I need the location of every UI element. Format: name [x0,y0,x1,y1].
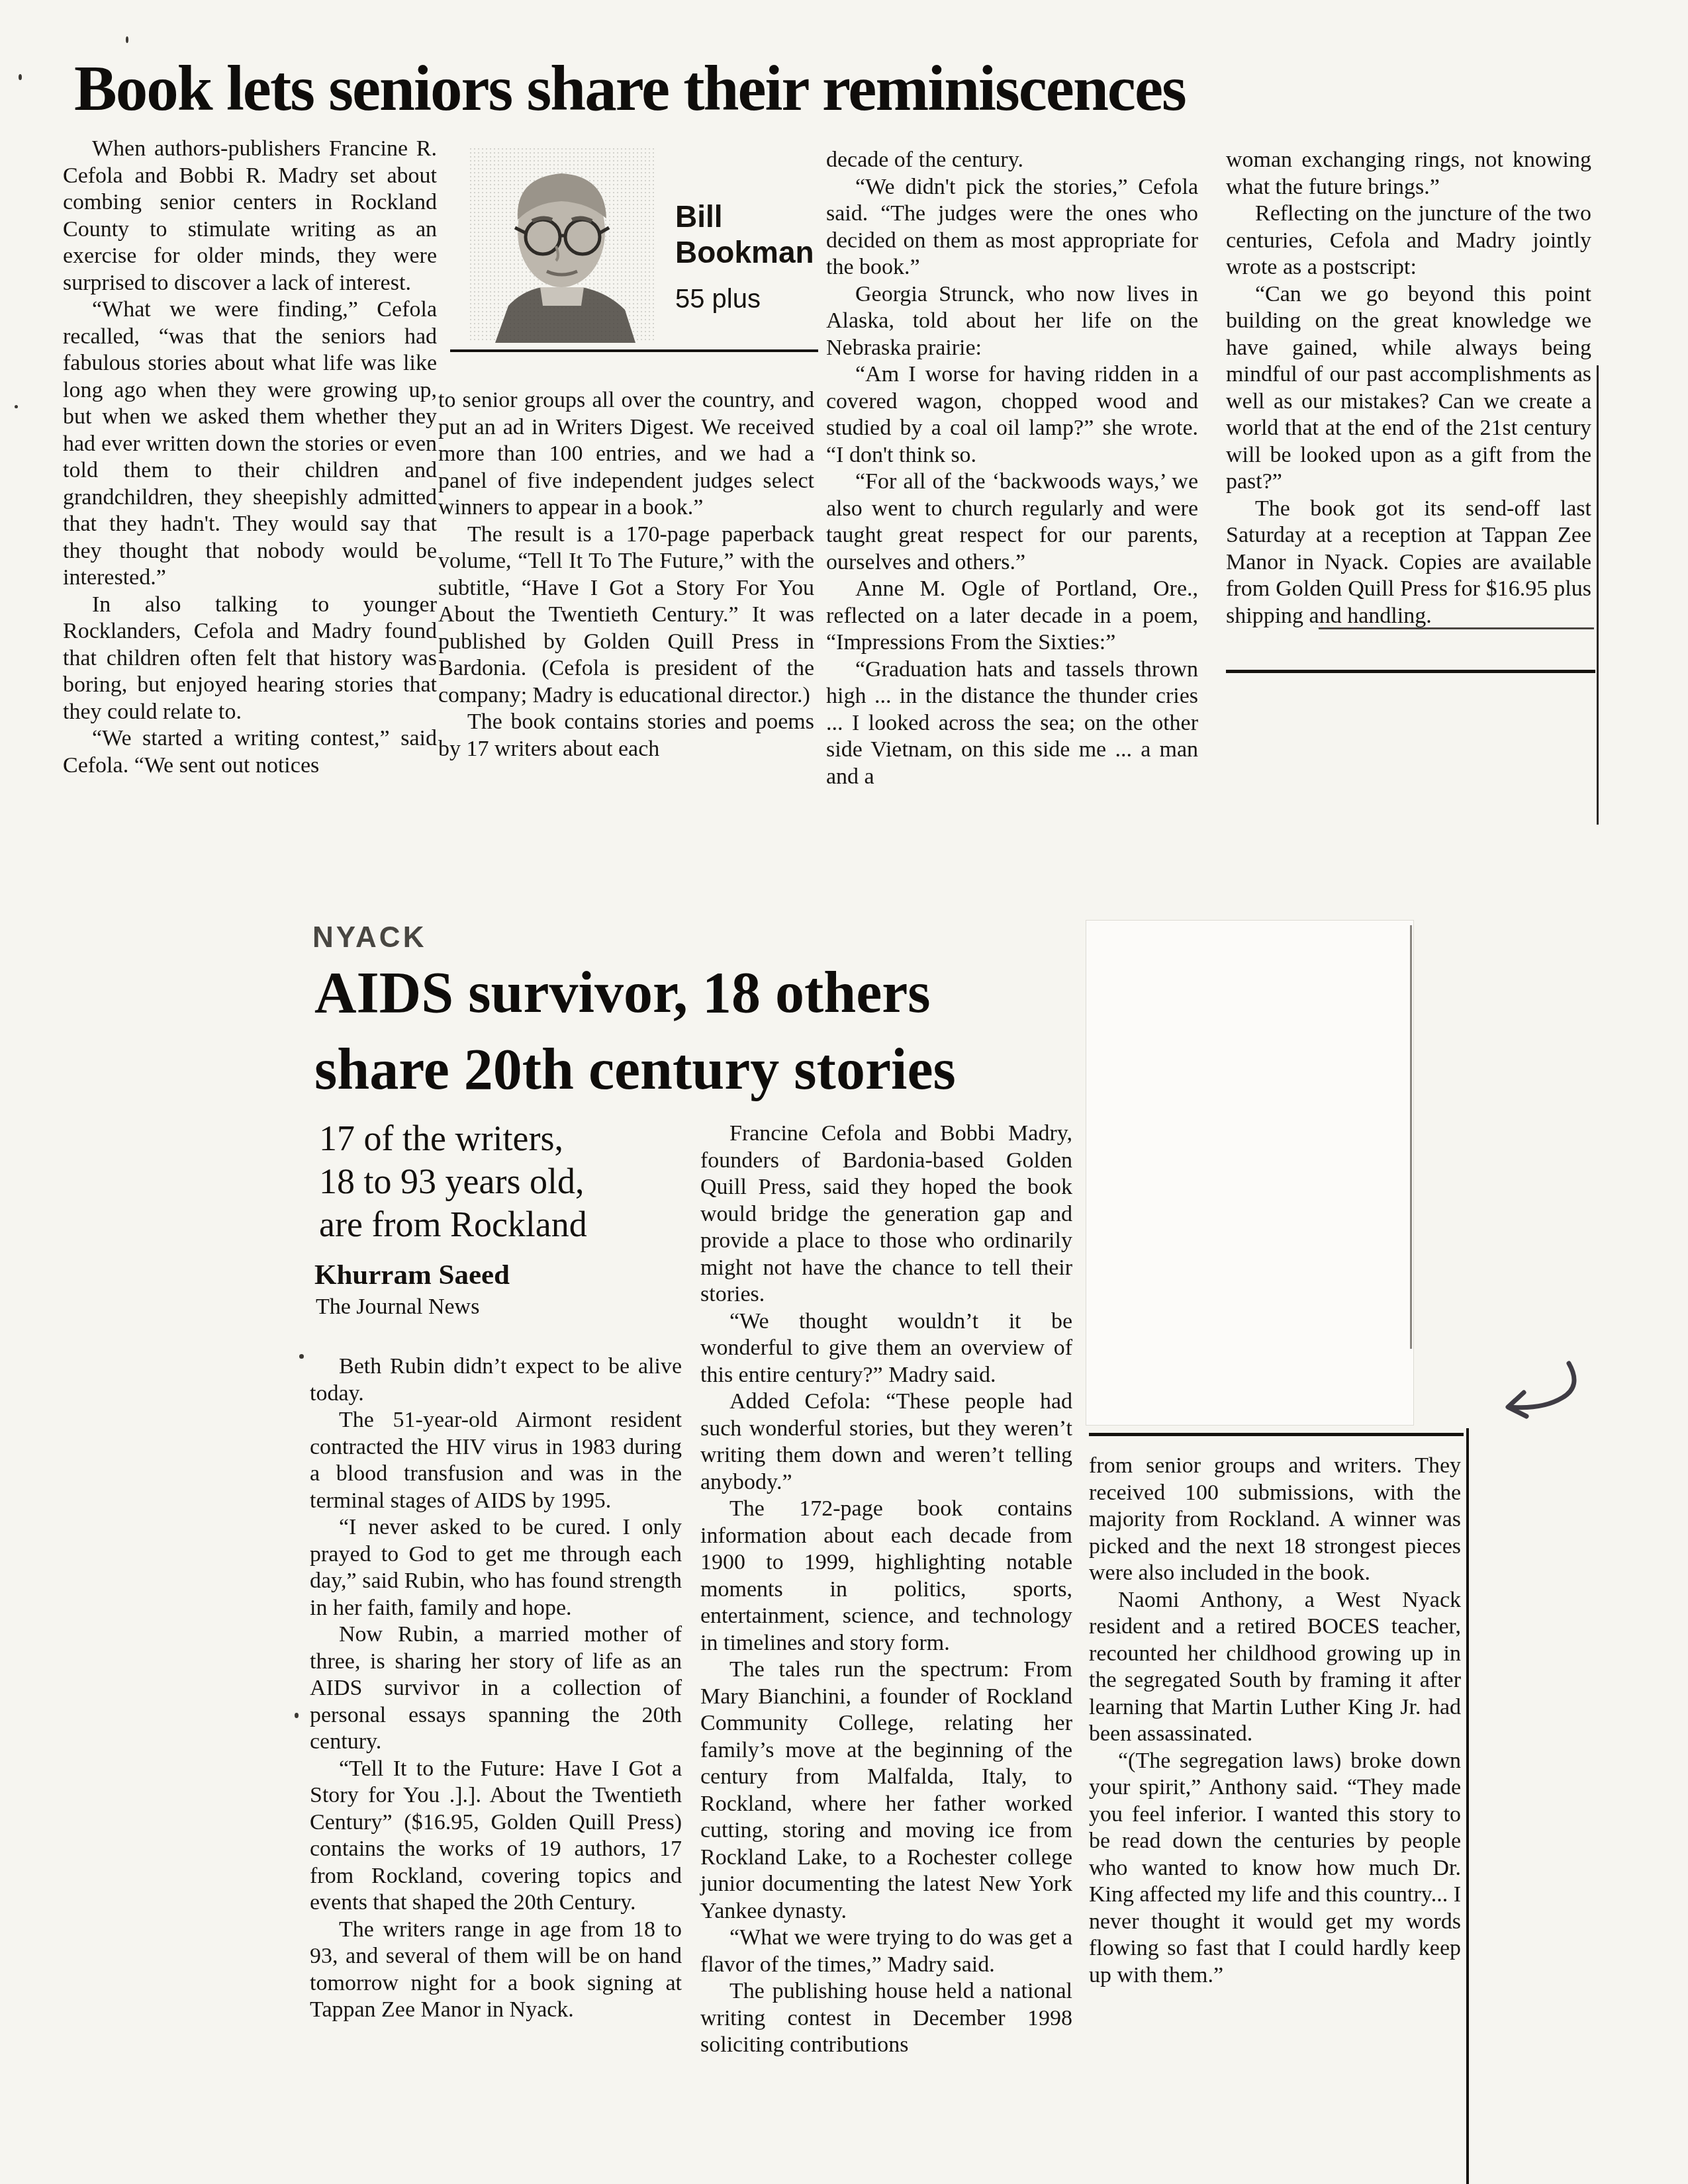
article2-column3-top-rule [1089,1433,1464,1436]
article1-column-4: woman exchanging rings, not knowing what… [1226,147,1591,629]
body-paragraph: “Tell It to the Future: Have I Got a Sto… [310,1756,682,1917]
article1-bottom-rule [1226,670,1595,673]
photo-cutout-right-edge [1410,925,1412,1349]
columnist-name: Bill Bookman [675,199,827,270]
byline: Khurram Saeed [314,1259,510,1291]
body-paragraph: woman exchanging rings, not knowing what… [1226,147,1591,201]
article2-headline-line2: share 20th century stories [314,1032,1069,1109]
kicker-nyack: NYACK [312,921,426,954]
body-paragraph: “What we were finding,” Cefola recalled,… [63,296,437,592]
body-paragraph: Reflecting on the juncture of the two ce… [1226,201,1591,281]
body-paragraph: “We didn't pick the stories,” Cefola sai… [826,174,1198,281]
article1-headline: Book lets seniors share their reminiscen… [74,52,1583,125]
bill-bookman-photo [469,147,655,343]
photo-cutout-box [1086,920,1414,1426]
body-paragraph: Anne M. Ogle of Portland, Ore., reflecte… [826,576,1198,657]
article2-column-2: Francine Cefola and Bobbi Madry, founder… [700,1120,1072,2059]
body-paragraph: Francine Cefola and Bobbi Madry, founder… [700,1120,1072,1308]
body-paragraph: Georgia Strunck, who now lives in Alaska… [826,281,1198,362]
body-paragraph: “(The segregation laws) broke down your … [1089,1748,1461,1989]
byline-organization: The Journal News [316,1295,479,1320]
columnist-rule [450,349,818,352]
scan-speck [19,74,22,80]
article1-column-2: to senior groups all over the country, a… [438,387,814,762]
article1-column-1: When authors-publishers Francine R. Cefo… [63,136,437,779]
body-paragraph: “Am I worse for having ridden in a cover… [826,361,1198,469]
body-paragraph: “We started a writing contest,” said Cef… [63,725,437,779]
body-paragraph: The publishing house held a national wri… [700,1978,1072,2059]
body-paragraph: to senior groups all over the country, a… [438,387,814,522]
article2-headline: AIDS survivor, 18 others share 20th cent… [314,955,1069,1109]
body-paragraph: The 172-page book contains information a… [700,1496,1072,1657]
body-paragraph: Naomi Anthony, a West Nyack resident and… [1089,1587,1461,1748]
body-paragraph: “What we were trying to do was get a fla… [700,1925,1072,1978]
article2-column-3: from senior groups and writers. They rec… [1089,1453,1461,1989]
scan-speck [295,1713,299,1718]
body-paragraph: from senior groups and writers. They rec… [1089,1453,1461,1587]
scan-speck [15,405,18,408]
columnist-tag: 55 plus [675,285,761,314]
columnist-box: Bill Bookman 55 plus [450,144,816,343]
body-paragraph: Beth Rubin didn’t expect to be alive tod… [310,1353,682,1407]
body-paragraph: Now Rubin, a married mother of three, is… [310,1621,682,1756]
article2-column-1: Beth Rubin didn’t expect to be alive tod… [310,1353,682,2024]
body-paragraph: “Graduation hats and tassels thrown high… [826,657,1198,791]
body-paragraph: “For all of the ‘backwoods ways,’ we als… [826,469,1198,576]
portrait-illustration [495,173,635,343]
body-paragraph: The writers range in age from 18 to 93, … [310,1917,682,2024]
body-paragraph: The book got its send-off last Saturday … [1226,496,1591,630]
body-paragraph: The tales run the spectrum: From Mary Bi… [700,1657,1072,1925]
article1-column-3: decade of the century. “We didn't pick t… [826,147,1198,790]
body-paragraph: “We thought wouldn’t it be wonderful to … [700,1308,1072,1389]
body-paragraph: When authors-publishers Francine R. Cefo… [63,136,437,296]
body-paragraph: “I never asked to be cured. I only praye… [310,1514,682,1621]
scan-speck [126,36,128,43]
article1-clipping-edge-rule [1597,365,1599,825]
body-paragraph: In also talking to younger Rocklanders, … [63,592,437,726]
article2-clipping-edge-rule [1466,1428,1469,2184]
scanned-newspaper-page: Book lets seniors share their reminiscen… [0,0,1688,2184]
article2-headline-line1: AIDS survivor, 18 others [314,955,1069,1032]
price-underline-mark [1319,627,1594,629]
body-paragraph: The 51-year-old Airmont resident contrac… [310,1407,682,1514]
scan-speck [299,1354,304,1359]
body-paragraph: The book contains stories and poems by 1… [438,709,814,762]
body-paragraph: The result is a 170-page paperback volum… [438,522,814,709]
pen-arrow-mark [1483,1350,1582,1443]
body-paragraph: Added Cefola: “These people had such won… [700,1388,1072,1496]
body-paragraph: “Can we go beyond this point building on… [1226,281,1591,496]
body-paragraph: decade of the century. [826,147,1198,174]
